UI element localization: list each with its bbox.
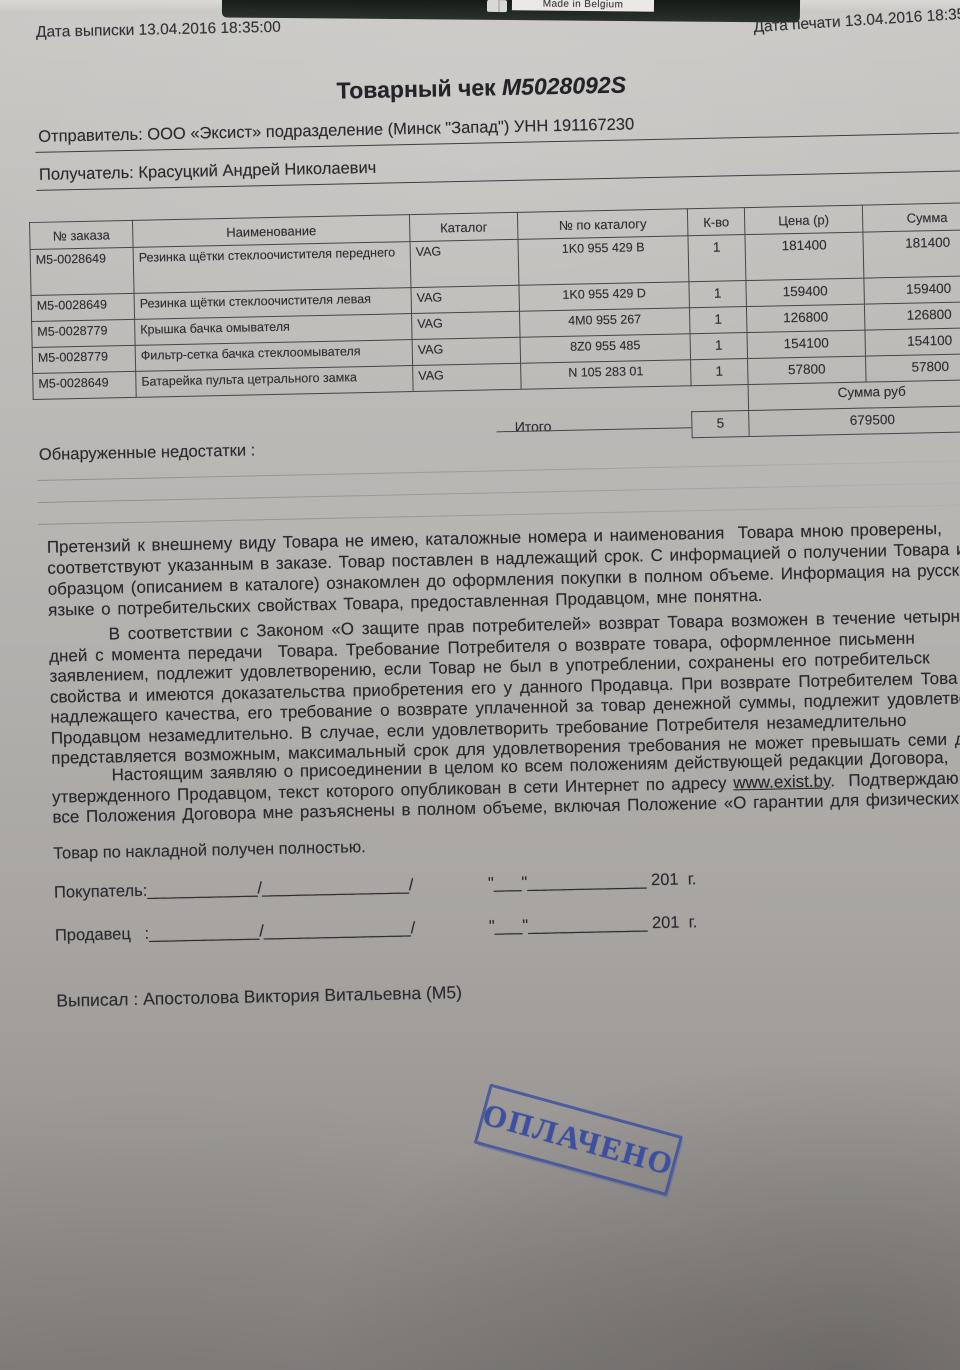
receipt-number: М5028092S	[502, 72, 627, 101]
cell-sum: 126800	[864, 301, 960, 330]
cell-catalog-no: 8Z0 955 485	[520, 334, 691, 364]
cell-catalog-no: 1K0 955 429 D	[519, 282, 690, 312]
cell-catalog: VAG	[412, 311, 521, 339]
cell-qty: 1	[690, 333, 748, 360]
cell-catalog: VAG	[413, 363, 522, 391]
cell-catalog: VAG	[410, 239, 519, 287]
cell-price: 154100	[747, 330, 866, 358]
cell-price: 57800	[748, 356, 867, 384]
col-price: Цена (р)	[744, 205, 863, 234]
cell-catalog-no: 4M0 955 267	[519, 308, 690, 338]
cell-catalog-no: 1K0 955 429 B	[518, 236, 689, 286]
total-qty: 5	[692, 411, 750, 438]
cell-name: Резинка щётки стеклоочистителя переднего	[133, 242, 411, 294]
seller-signature-line: Продавец :____________/________________/	[55, 919, 416, 946]
exist-by-link: www.exist.by	[733, 771, 830, 792]
cell-qty: 1	[691, 359, 749, 386]
cell-sum: 159400	[864, 275, 960, 304]
defects-blank-line	[37, 461, 960, 482]
cell-sum: 181400	[863, 229, 960, 278]
cell-catalog: VAG	[411, 285, 520, 313]
issue-date: Дата выписки 13.04.2016 18:35:00	[36, 19, 281, 42]
cell-order-no: М5-0028649	[31, 293, 135, 321]
total-sum: 679500	[749, 405, 960, 436]
page-title: Товарный чек М5028092S	[1, 65, 960, 112]
buyer-signature-line: Покупатель:____________/________________…	[54, 876, 414, 903]
defects-label: Обнаруженные недостатки :	[39, 441, 256, 465]
cell-order-no: М5-0028649	[33, 371, 137, 399]
buyer-date-blank: "___"_____________ 201 г.	[488, 870, 697, 893]
receipt-document: Дата выписки 13.04.2016 18:35:00 Товарны…	[0, 0, 960, 1345]
receiver-line: Получатель: Красуцкий Андрей Николаевич	[39, 159, 377, 185]
cell-order-no: М5-0028649	[30, 247, 134, 295]
title-prefix: Товарный чек	[336, 74, 502, 103]
cell-price: 159400	[746, 278, 865, 306]
col-catalog-no: № по каталогу	[517, 209, 688, 240]
cell-qty: 1	[688, 235, 746, 282]
cell-catalog-no: N 105 283 01	[521, 360, 692, 390]
col-sum: Сумма	[862, 202, 960, 232]
cell-price: 181400	[745, 232, 864, 280]
defects-blank-line	[38, 483, 960, 504]
issued-by-line: Выписал : Апостолова Виктория Витальевна…	[56, 982, 462, 1011]
col-order-no: № заказа	[30, 220, 134, 249]
cell-sum: 154100	[865, 327, 960, 356]
seller-date-blank: "___"_____________ 201 г.	[489, 913, 698, 936]
cell-order-no: М5-0028779	[32, 319, 136, 347]
paragraph-return-policy: В соответствии с Законом «О защите прав …	[48, 606, 960, 769]
cell-qty: 1	[689, 307, 747, 334]
paid-stamp: ОПЛАЧЕНО	[474, 1083, 683, 1196]
cell-order-no: М5-0028779	[32, 345, 136, 373]
col-qty: К-во	[687, 208, 745, 236]
cell-catalog: VAG	[412, 337, 521, 365]
goods-received-line: Товар по накладной получен полностью.	[53, 838, 366, 864]
cell-price: 126800	[746, 304, 865, 332]
items-table: № заказа Наименование Каталог № по катал…	[29, 202, 960, 452]
col-catalog: Каталог	[409, 212, 518, 241]
paragraph-claims: Претензий к внешнему виду Товара не имею…	[47, 518, 960, 622]
cell-sum: 57800	[866, 353, 960, 382]
cell-qty: 1	[689, 281, 747, 308]
